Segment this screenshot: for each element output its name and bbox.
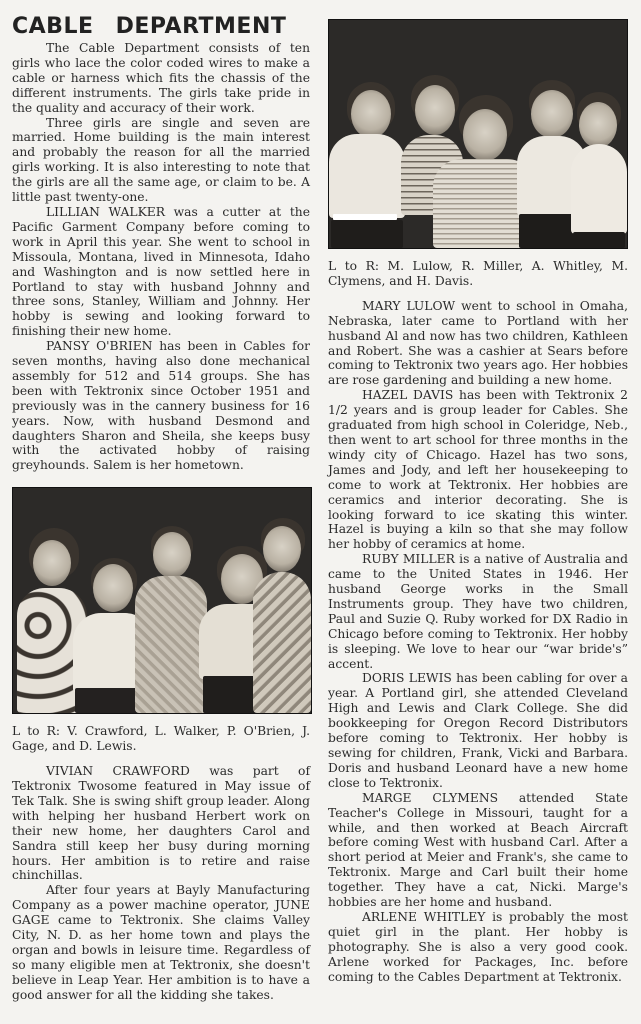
group-photo-left — [12, 487, 312, 714]
bio-name: HAZEL DAVIS — [362, 388, 453, 402]
bio-name: MARY LULOW — [362, 299, 455, 313]
bio-arlene-whitley: ARLENE WHITLEY is probably the most quie… — [328, 910, 628, 985]
bio-text: has been cabling for over a year. A Port… — [328, 671, 628, 789]
bio-name: RUBY MILLER — [362, 552, 455, 566]
bio-vivian-crawford: VIVIAN CRAWFORD was part of Tektronix Tw… — [12, 764, 310, 883]
bio-mary-lulow: MARY LULOW went to school in Omaha, Nebr… — [328, 299, 628, 388]
bio-lillian-walker: LILLIAN WALKER was a cutter at the Pacif… — [12, 205, 310, 339]
bio-text: is a native of Australia and came to the… — [328, 552, 628, 670]
right-column: L to R: M. Lulow, R. Miller, A. Whitley,… — [328, 0, 628, 985]
left-column: CABLE DEPARTMENT The Cable Department co… — [12, 0, 310, 1003]
bio-name: DORIS LEWIS — [362, 671, 452, 685]
bio-name: MARGE CLYMENS — [362, 791, 498, 805]
bio-text: has been with Tektronix 2 1/2 years and … — [328, 388, 628, 551]
bio-name: PANSY O'BRIEN — [46, 339, 152, 353]
bio-text: After four years at Bayly Manufacturing … — [12, 883, 310, 1001]
bio-name: VIVIAN CRAWFORD — [46, 764, 190, 778]
bio-june-gage: After four years at Bayly Manufacturing … — [12, 883, 310, 1002]
bio-text: attended State Teacher's College in Miss… — [328, 791, 628, 909]
group-photo-right — [328, 19, 628, 249]
person-figure — [571, 92, 627, 248]
photo-caption-left: L to R: V. Crawford, L. Walker, P. O'Bri… — [12, 724, 310, 754]
bio-text: was part of Tektronix Twosome featured i… — [12, 764, 310, 882]
bio-ruby-miller: RUBY MILLER is a native of Australia and… — [328, 552, 628, 671]
bio-text: has been in Cables for seven months, hav… — [12, 339, 310, 472]
bio-hazel-davis: HAZEL DAVIS has been with Tektronix 2 1/… — [328, 388, 628, 552]
bio-text: was a cutter at the Pacific Garment Comp… — [12, 205, 310, 338]
intro-paragraph: The Cable Department consists of ten gir… — [12, 41, 310, 116]
photo-caption-right: L to R: M. Lulow, R. Miller, A. Whitley,… — [328, 259, 628, 289]
bio-marge-clymens: MARGE CLYMENS attended State Teacher's C… — [328, 791, 628, 910]
person-figure — [329, 82, 405, 248]
bio-name: LILLIAN WALKER — [46, 205, 165, 219]
bio-doris-lewis: DORIS LEWIS has been cabling for over a … — [328, 671, 628, 790]
page-title: CABLE DEPARTMENT — [12, 14, 310, 39]
bio-pansy-obrien: PANSY O'BRIEN has been in Cables for sev… — [12, 339, 310, 473]
person-figure — [253, 518, 311, 713]
bio-name: ARLENE WHITLEY — [362, 910, 485, 924]
intro-paragraph: Three girls are single and seven are mar… — [12, 116, 310, 205]
